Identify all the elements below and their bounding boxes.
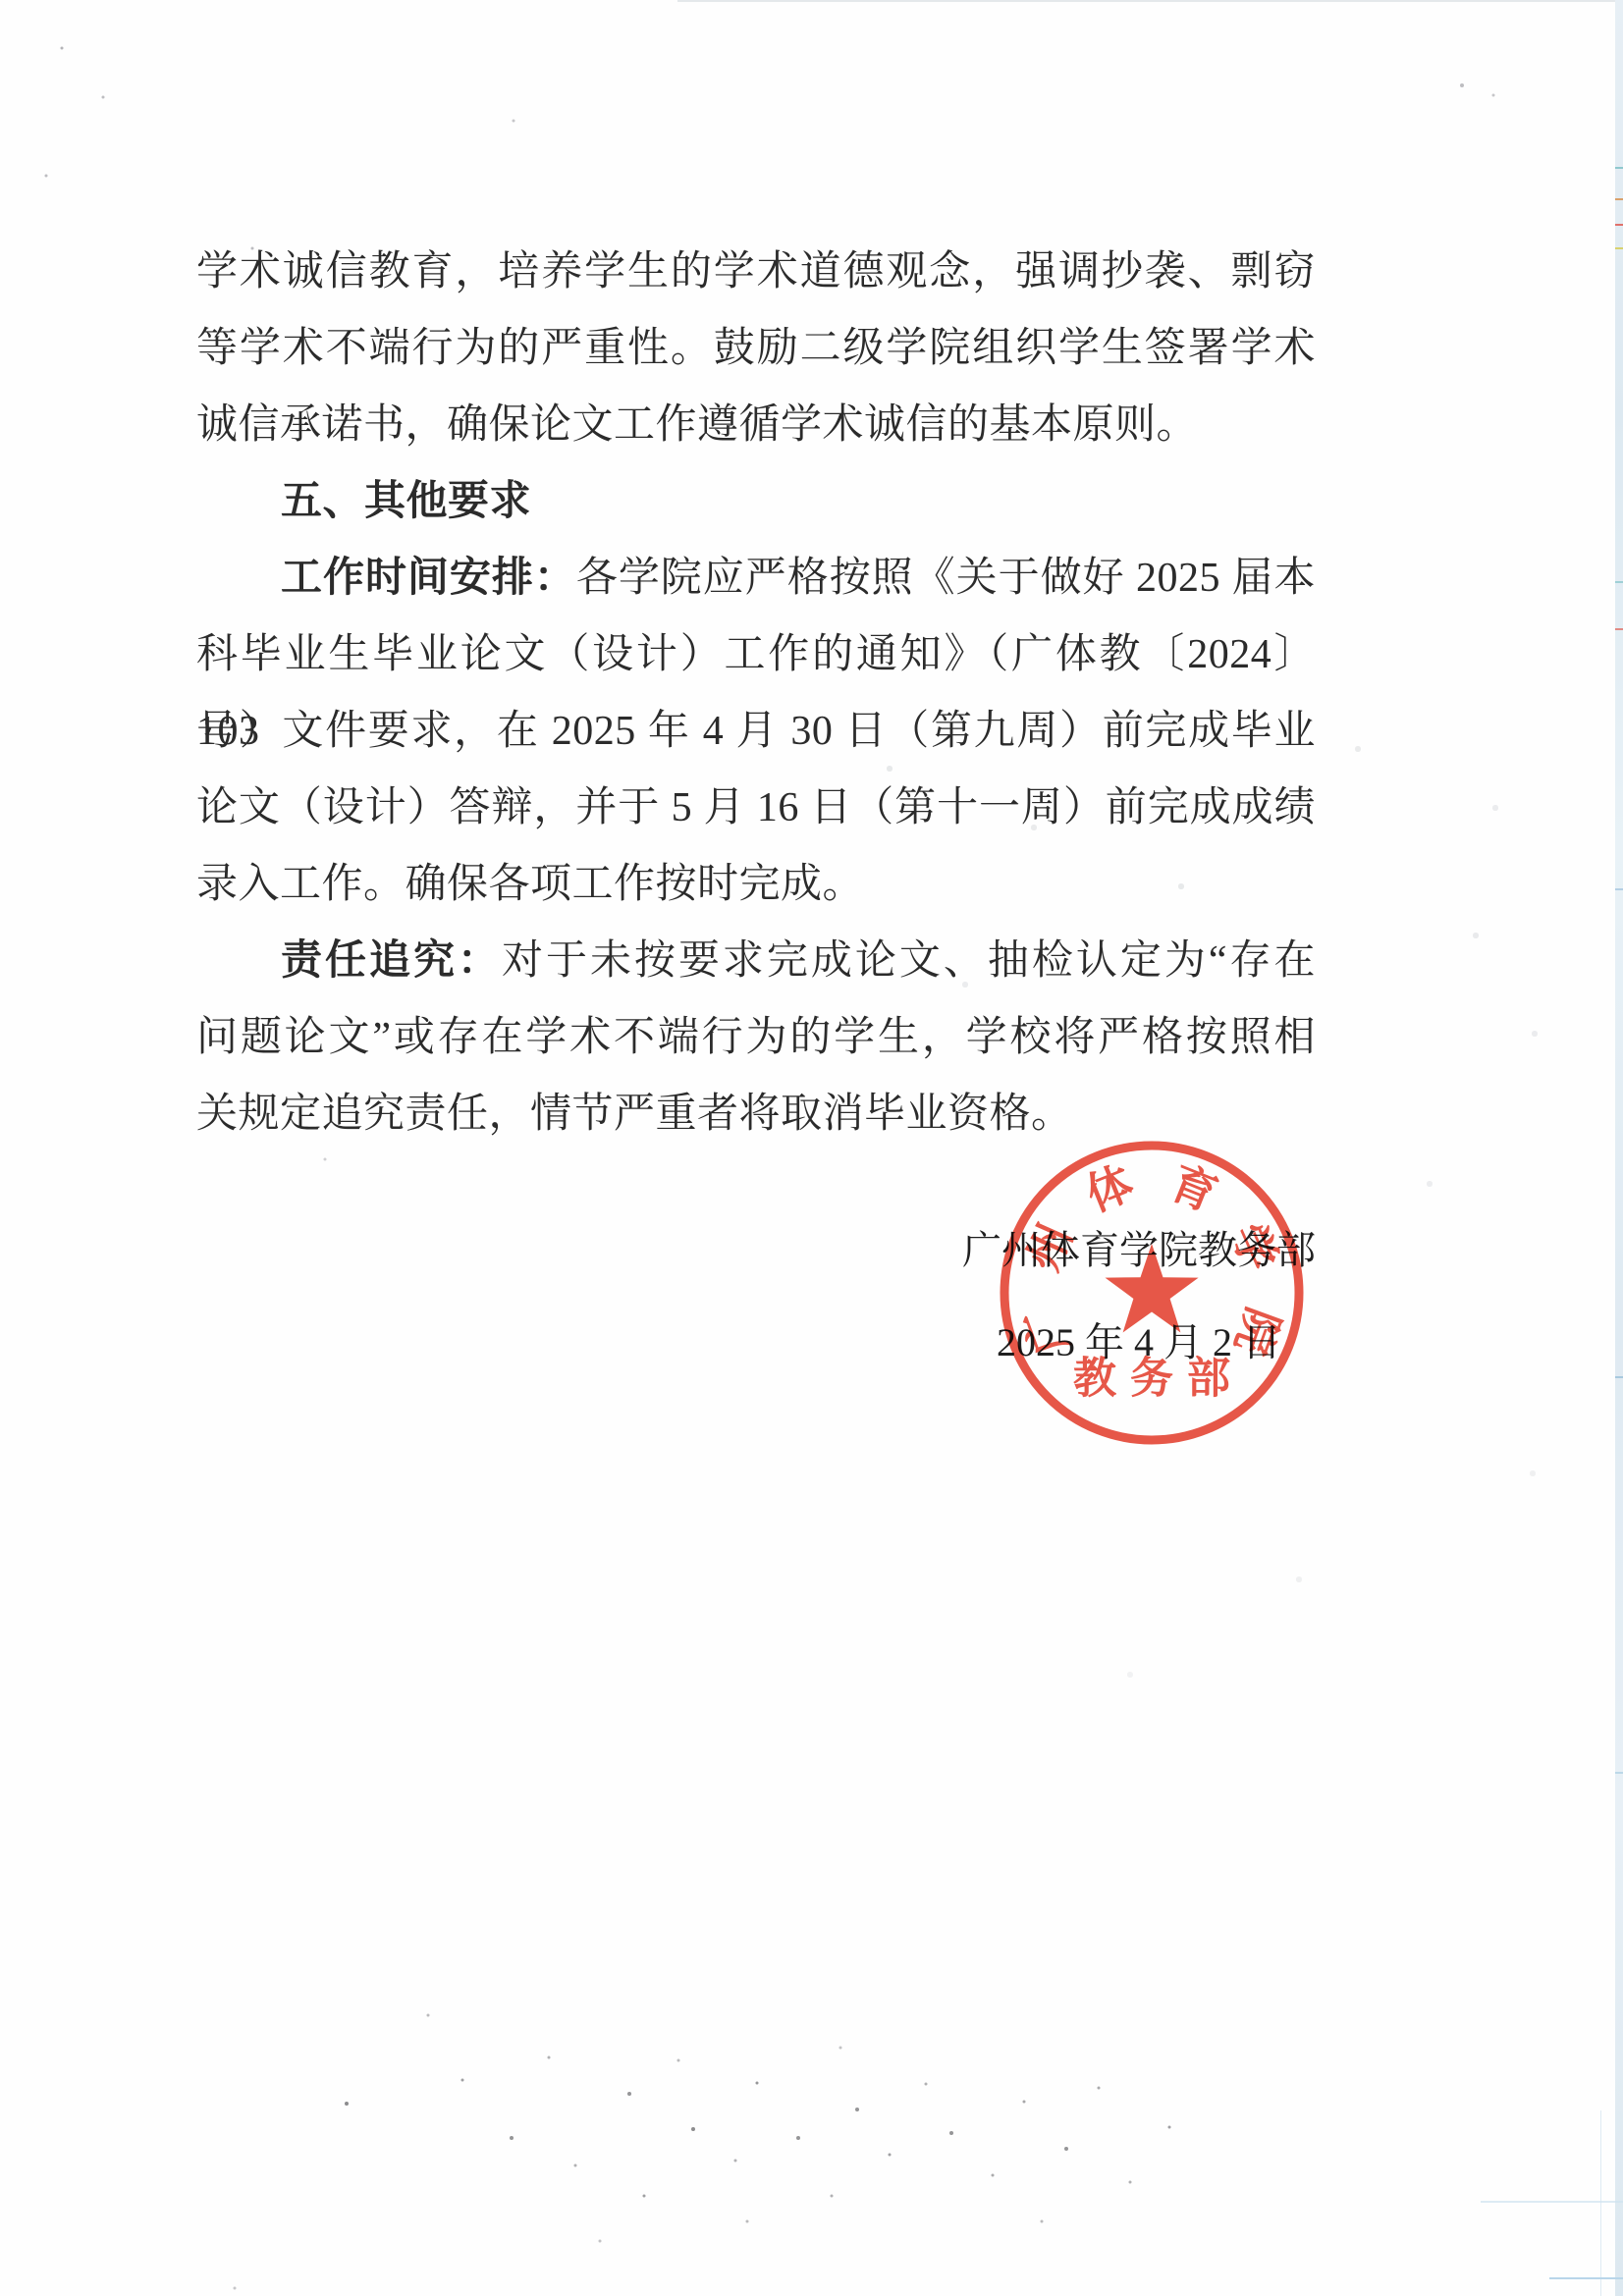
seal-bottom-text: 教务部	[1073, 1355, 1244, 1403]
body-text: 对于未按要求完成论文、抽检认定为“存在	[502, 938, 1316, 984]
document-body: 学术诚信教育，培养学生的学术道德观念，强调抄袭、剽窃 等学术不端行为的严重性。鼓…	[196, 234, 1316, 1152]
scan-noise-line	[1615, 1376, 1623, 1378]
scan-edge-artifact-right	[1615, 0, 1623, 2296]
body-line: 责任追究：对于未按要求完成论文、抽检认定为“存在	[196, 923, 1316, 999]
body-text: 诚信承诺书，确保论文工作遵循学术诚信的基本原则。	[196, 402, 1198, 448]
body-line: 学术诚信教育，培养学生的学术道德观念，强调抄袭、剽窃	[196, 234, 1316, 310]
seal-arc-char: 广	[1015, 1302, 1078, 1362]
body-line: 录入工作。确保各项工作按时完成。	[196, 846, 1316, 923]
body-text: 学术诚信教育，培养学生的学术道德观念，强调抄袭、剽窃	[196, 249, 1316, 294]
body-line: 等学术不端行为的严重性。鼓励二级学院组织学生签署学术	[196, 310, 1316, 387]
seal-arc-char: 学	[1221, 1216, 1285, 1278]
scanned-document-page: 学术诚信教育，培养学生的学术道德观念，强调抄袭、剽窃 等学术不端行为的严重性。鼓…	[0, 0, 1623, 2296]
paper-bleedthrough-marks	[0, 0, 2, 2]
scan-artifact-bottom-right	[1481, 2201, 1623, 2203]
body-text: 关规定追究责任，情节严重者将取消毕业资格。	[196, 1092, 1073, 1137]
scan-edge-artifact-top	[677, 0, 1623, 2]
bold-lead-text: 责任追究：	[281, 938, 502, 984]
body-line: 号）文件要求，在 2025 年 4 月 30 日（第九周）前完成毕业	[196, 693, 1316, 770]
body-text: 问题论文”或存在学术不端行为的学生，学校将严格按照相	[196, 1015, 1316, 1060]
scan-noise-line	[1615, 247, 1623, 249]
scan-noise-line	[1615, 167, 1623, 169]
scan-noise-line	[1615, 581, 1623, 583]
body-text: 等学术不端行为的严重性。鼓励二级学院组织学生签署学术	[196, 326, 1316, 371]
body-line: 论文（设计）答辩，并于 5 月 16 日（第十一周）前完成成绩	[196, 770, 1316, 846]
seal-arc-char: 院	[1225, 1302, 1288, 1362]
bold-lead-text: 工作时间安排：	[281, 556, 576, 601]
scan-noise-line	[1615, 628, 1623, 630]
seal-arc-char: 育	[1163, 1157, 1224, 1221]
body-line: 问题论文”或存在学术不端行为的学生，学校将严格按照相	[196, 999, 1316, 1076]
body-text: 号）文件要求，在 2025 年 4 月 30 日（第九周）前完成毕业	[196, 709, 1316, 754]
scan-noise-line	[1615, 198, 1623, 200]
scan-edge-artifact-inner	[1600, 2110, 1601, 2296]
seal-arc-char: 州	[1017, 1216, 1081, 1278]
body-line: 科毕业生毕业论文（设计）工作的通知》（广体教〔2024〕103	[196, 616, 1316, 693]
body-line: 工作时间安排：各学院应严格按照《关于做好 2025 届本	[196, 540, 1316, 616]
official-seal: 广 州 体 育 学 院 教务部	[990, 1131, 1314, 1455]
scan-noise-line	[1615, 1772, 1623, 1774]
section-heading: 五、其他要求	[196, 463, 1316, 540]
scan-noise-line	[1615, 224, 1623, 226]
scan-artifact-bottom-right	[1549, 2277, 1623, 2279]
body-text: 各学院应严格按照《关于做好 2025 届本	[576, 556, 1316, 601]
body-text: 录入工作。确保各项工作按时完成。	[196, 862, 864, 907]
body-line: 诚信承诺书，确保论文工作遵循学术诚信的基本原则。	[196, 387, 1316, 463]
body-text: 论文（设计）答辩，并于 5 月 16 日（第十一周）前完成成绩	[196, 785, 1316, 830]
scan-noise-line	[1615, 888, 1623, 890]
heading-text: 五、其他要求	[281, 479, 531, 524]
seal-star-icon	[1106, 1244, 1199, 1333]
seal-arc-char: 体	[1079, 1157, 1140, 1221]
